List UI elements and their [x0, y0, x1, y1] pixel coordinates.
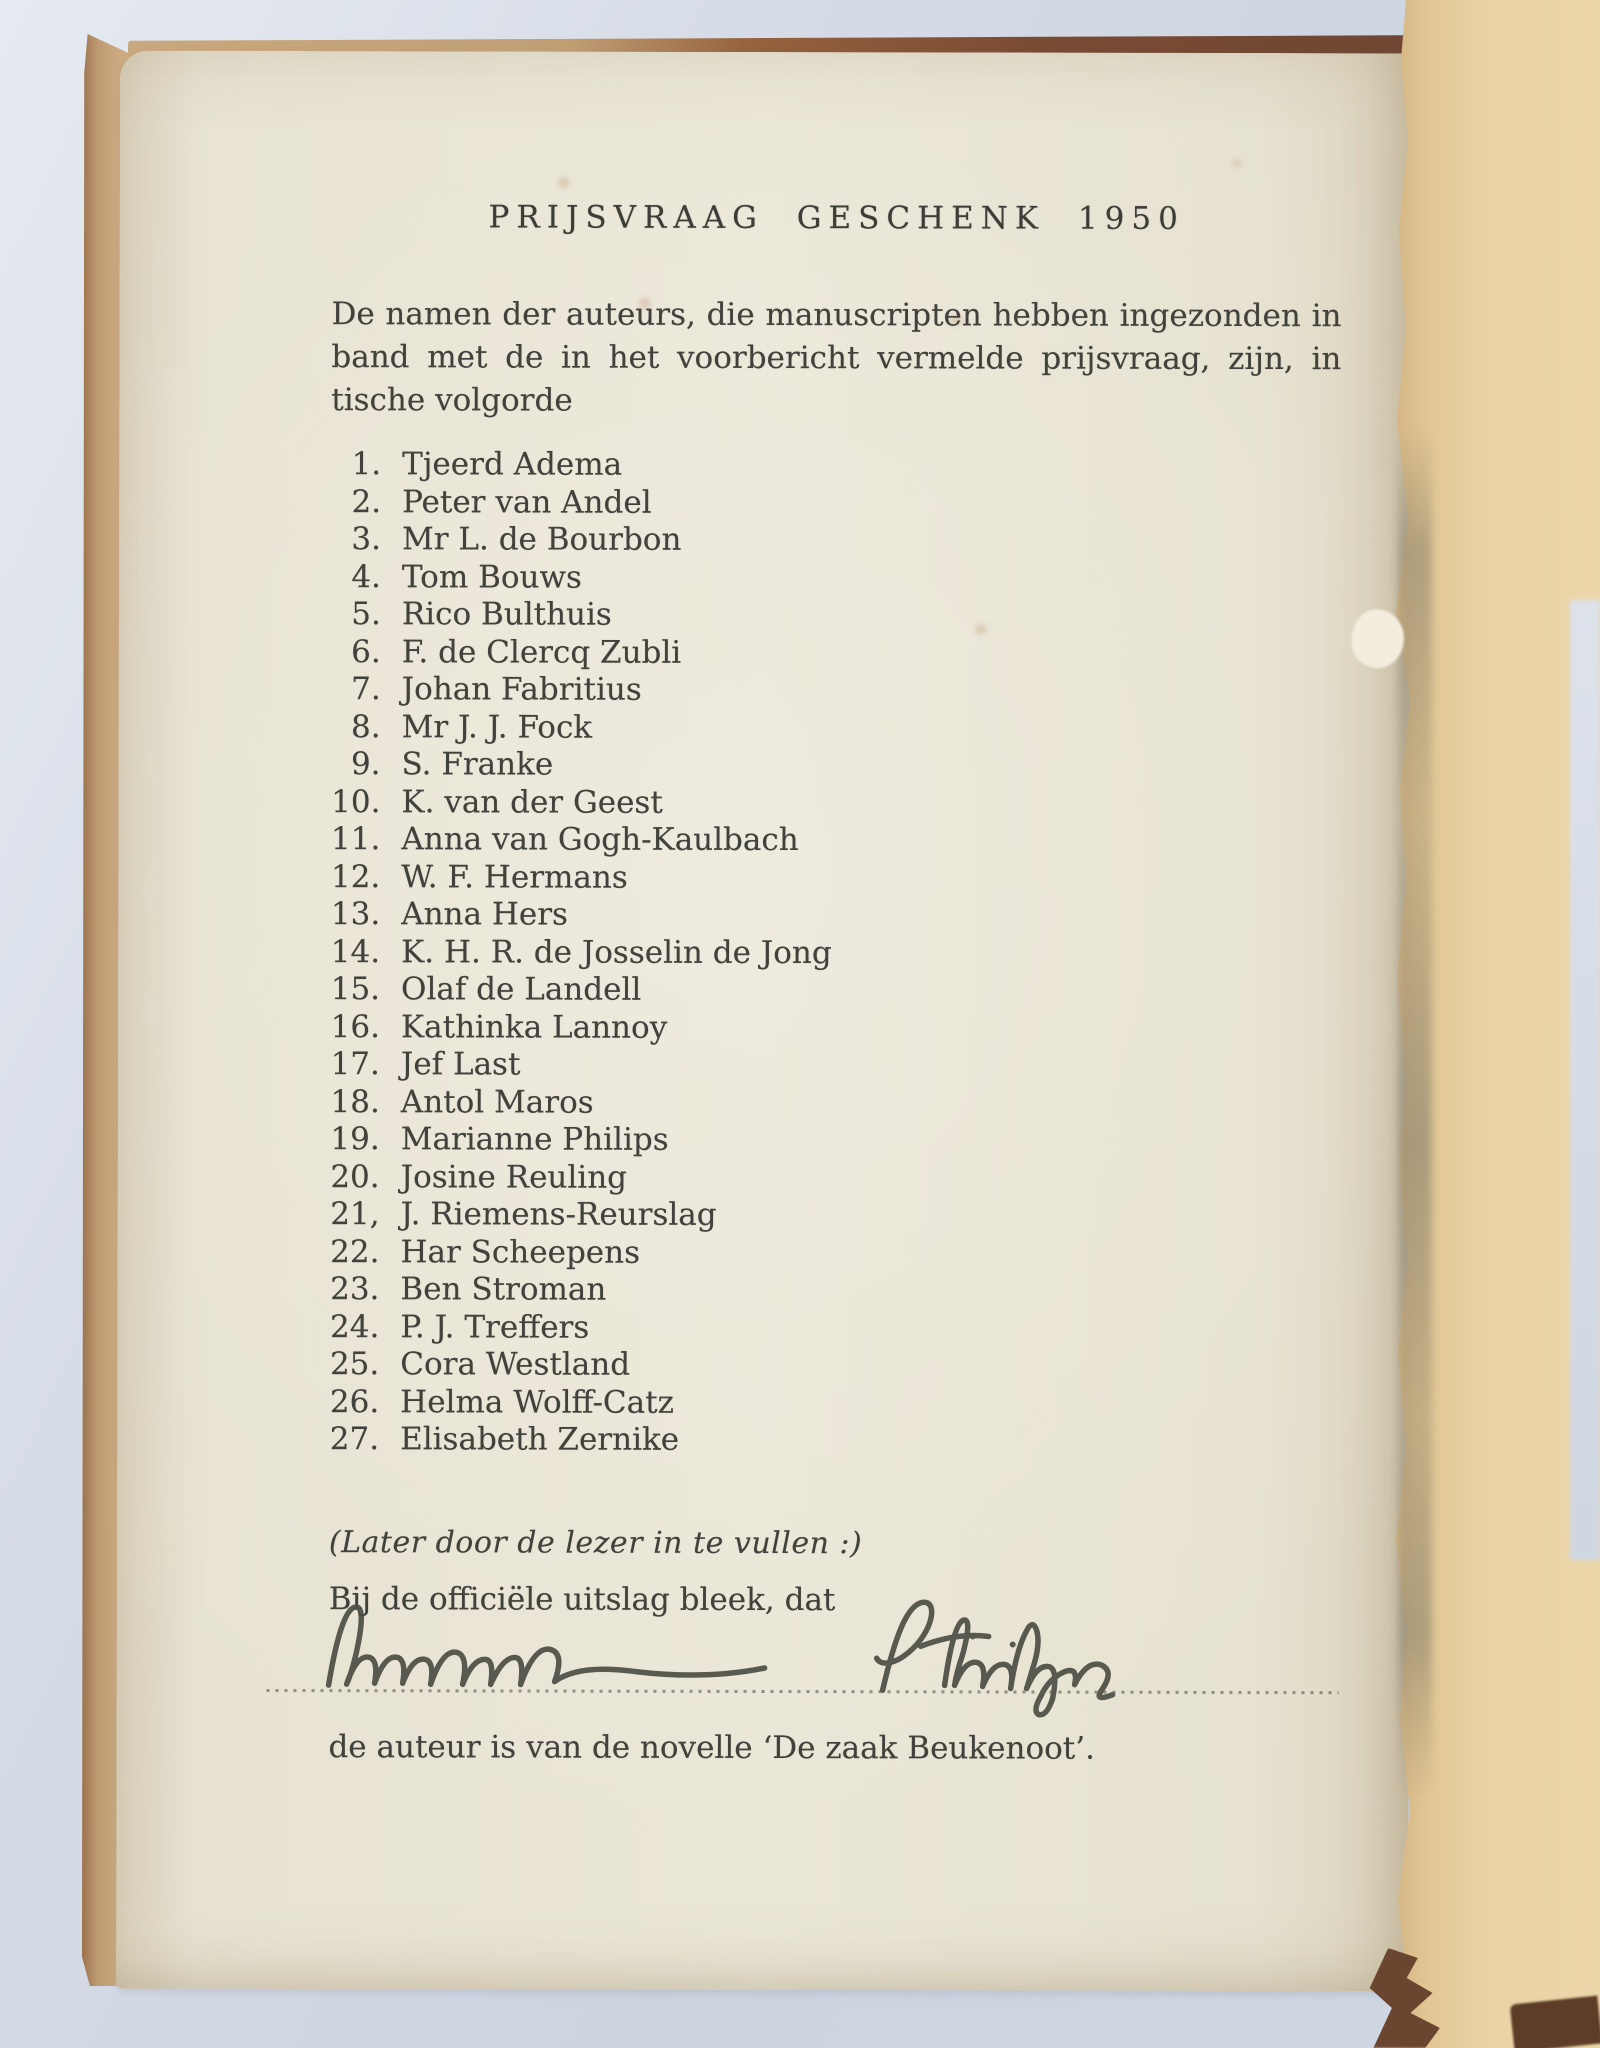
author-number: 13. [268, 896, 380, 934]
author-number: 4. [269, 558, 381, 596]
author-name: Cora Westland [400, 1346, 630, 1384]
author-name: J. Riemens-Reurslag [401, 1196, 717, 1234]
authors-list: 1.Tjeerd Adema2.Peter van Andel3.Mr L. d… [267, 446, 1369, 1461]
author-name: W. F. Hermans [401, 859, 628, 897]
fox-spot [558, 178, 570, 188]
author-row: 16.Kathinka Lannoy [268, 1008, 1368, 1048]
author-number: 5. [269, 596, 381, 634]
author-row: 21,J. Riemens-Reurslag [268, 1196, 1368, 1236]
author-row: 2.Peter van Andel [269, 483, 1369, 523]
author-number: 20. [268, 1158, 380, 1196]
author-row: 10.K. van der Geest [268, 783, 1368, 823]
author-number: 18. [268, 1083, 380, 1121]
author-number: 17. [268, 1046, 380, 1084]
author-number: 27. [267, 1421, 379, 1459]
author-row: 1.Tjeerd Adema [269, 446, 1369, 486]
author-number: 21, [268, 1196, 380, 1234]
author-name: K. van der Geest [401, 784, 662, 822]
author-name: Helma Wolff-Catz [400, 1384, 674, 1422]
author-number: 7. [269, 671, 381, 709]
author-row: 5.Rico Bulthuis [269, 596, 1369, 636]
page-title: PRIJSVRAAG GESCHENK 1950 [332, 199, 1342, 237]
intro-line-2: band met de in het voorbericht vermelde … [331, 336, 1341, 381]
book-page: PRIJSVRAAG GESCHENK 1950 De namen der au… [116, 51, 1412, 1992]
author-name: Peter van Andel [402, 484, 652, 522]
author-name: Antol Maros [401, 1084, 594, 1122]
book-photo: PRIJSVRAAG GESCHENK 1950 De namen der au… [0, 0, 1600, 2048]
author-number: 16. [268, 1008, 380, 1046]
author-number: 23. [267, 1271, 379, 1309]
author-row: 25.Cora Westland [267, 1346, 1367, 1386]
author-number: 8. [269, 708, 381, 746]
author-number: 10. [268, 783, 380, 821]
author-name: Har Scheepens [400, 1234, 640, 1272]
author-row: 22.Har Scheepens [267, 1233, 1367, 1273]
author-number: 9. [268, 746, 380, 784]
intro-line-1: De namen der auteurs, die manuscripten h… [331, 293, 1341, 338]
author-name: K. H. R. de Josselin de Jong [401, 934, 832, 972]
author-row: 23.Ben Stroman [267, 1271, 1367, 1311]
author-name: S. Franke [401, 746, 553, 784]
author-row: 6.F. de Clercq Zubli [269, 633, 1369, 673]
author-name: Olaf de Landell [401, 971, 641, 1009]
author-row: 20.Josine Reuling [268, 1158, 1368, 1198]
author-row: 14.K. H. R. de Josselin de Jong [268, 933, 1368, 973]
author-row: 15.Olaf de Landell [268, 971, 1368, 1011]
background-sliver [1570, 600, 1600, 1560]
author-name: Marianne Philips [401, 1121, 669, 1159]
author-row: 26.Helma Wolff-Catz [267, 1383, 1367, 1423]
note-italic: (Later door de lezer in te vullen :) [329, 1525, 862, 1561]
author-number: 2. [269, 483, 381, 521]
author-name: P. J. Treffers [400, 1309, 589, 1347]
author-name: Ben Stroman [400, 1271, 606, 1309]
author-number: 26. [267, 1383, 379, 1421]
author-number: 6. [269, 633, 381, 671]
author-number: 11. [268, 821, 380, 859]
author-number: 14. [268, 933, 380, 971]
author-row: 7.Johan Fabritius [269, 671, 1369, 711]
author-row: 12.W. F. Hermans [268, 858, 1368, 898]
author-row: 17.Jef Last [268, 1046, 1368, 1086]
author-name: Rico Bulthuis [402, 596, 612, 634]
author-row: 4.Tom Bouws [269, 558, 1369, 598]
intro-line-3: tische volgorde [331, 379, 1341, 424]
author-number: 25. [267, 1346, 379, 1384]
author-row: 24.P. J. Treffers [267, 1308, 1367, 1348]
author-row: 13.Anna Hers [268, 896, 1368, 936]
author-name: Jef Last [401, 1046, 521, 1084]
cover-corner [1510, 1996, 1600, 2048]
author-row: 11.Anna van Gogh-Kaulbach [268, 821, 1368, 861]
closing-line: de auteur is van de novelle ‘De zaak Beu… [328, 1729, 1095, 1767]
author-number: 3. [269, 521, 381, 559]
author-name: Mr J. J. Fock [402, 709, 593, 747]
author-row: 18.Antol Maros [268, 1083, 1368, 1123]
author-row: 3.Mr L. de Bourbon [269, 521, 1369, 561]
author-name: Tjeerd Adema [402, 446, 622, 484]
author-number: 24. [267, 1308, 379, 1346]
author-number: 15. [268, 971, 380, 1009]
author-number: 19. [268, 1121, 380, 1159]
author-row: 19.Marianne Philips [268, 1121, 1368, 1161]
author-number: 1. [269, 446, 381, 484]
author-name: Josine Reuling [401, 1159, 627, 1197]
author-name: Anna van Gogh-Kaulbach [401, 821, 798, 859]
author-row: 8.Mr J. J. Fock [269, 708, 1369, 748]
author-name: Johan Fabritius [402, 671, 642, 709]
author-number: 22. [267, 1233, 379, 1271]
author-name: F. de Clercq Zubli [402, 634, 682, 672]
author-name: Elisabeth Zernike [400, 1421, 679, 1459]
author-name: Anna Hers [401, 896, 568, 934]
signature-handwriting [297, 1589, 1197, 1721]
author-row: 27.Elisabeth Zernike [267, 1421, 1367, 1461]
author-name: Tom Bouws [402, 559, 582, 597]
fox-spot [1232, 159, 1242, 168]
author-row: 9.S. Franke [268, 746, 1368, 786]
author-name: Mr L. de Bourbon [402, 521, 682, 559]
author-number: 12. [268, 858, 380, 896]
author-name: Kathinka Lannoy [401, 1009, 667, 1047]
